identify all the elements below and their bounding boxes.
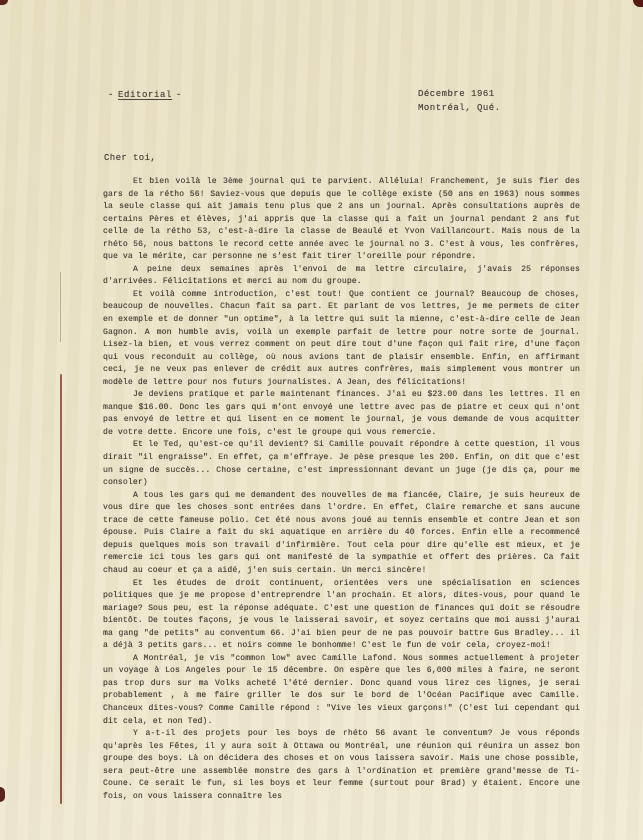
editorial-title: Editorial xyxy=(118,90,172,100)
paragraph-contenu-journal: Et voilà comme introduction, c'est tout!… xyxy=(103,289,580,389)
letter-page: -Editorial- Décembre 1961 Montréal, Qué.… xyxy=(0,0,643,840)
paragraph-finances: Je deviens pratique et parle maintenant … xyxy=(103,389,580,439)
date-block: Décembre 1961 Montréal, Qué. xyxy=(418,88,501,115)
paragraph-intro-journal: Et bien voilà le 3ème journal qui te par… xyxy=(103,176,580,264)
date-line: Décembre 1961 xyxy=(418,88,501,102)
paragraph-projets-conventum: Y a-t-il des projets pour les boys de rh… xyxy=(103,728,580,803)
place-line: Montréal, Qué. xyxy=(418,102,501,116)
scan-artifact-corner-top-right xyxy=(633,0,643,7)
paragraph-reponses: A peine deux semaines après l'envoi de m… xyxy=(103,264,580,289)
scan-artifact-left-edge-faint xyxy=(60,272,61,342)
scan-artifact-left-edge xyxy=(60,374,62,804)
paragraph-montreal-voyage: A Montréal, je vis "common low" avec Cam… xyxy=(103,653,580,728)
editorial-dash-right: - xyxy=(176,90,182,100)
paragraph-etudes-mariage: Et les études de droit continuent, orien… xyxy=(103,578,580,653)
salutation: Cher toi, xyxy=(104,153,156,163)
paragraph-ted: Et le Ted, qu'est-ce qu'il devient? Si C… xyxy=(103,439,580,489)
editorial-dash-left: - xyxy=(108,90,114,100)
paragraph-claire: A tous les gars qui me demandent des nou… xyxy=(103,490,580,578)
editorial-heading: -Editorial- xyxy=(108,90,182,100)
letter-body: Et bien voilà le 3ème journal qui te par… xyxy=(103,176,580,803)
scan-artifact-corner-bottom-left xyxy=(0,787,5,802)
scan-artifact-corner-top-left xyxy=(0,0,8,5)
